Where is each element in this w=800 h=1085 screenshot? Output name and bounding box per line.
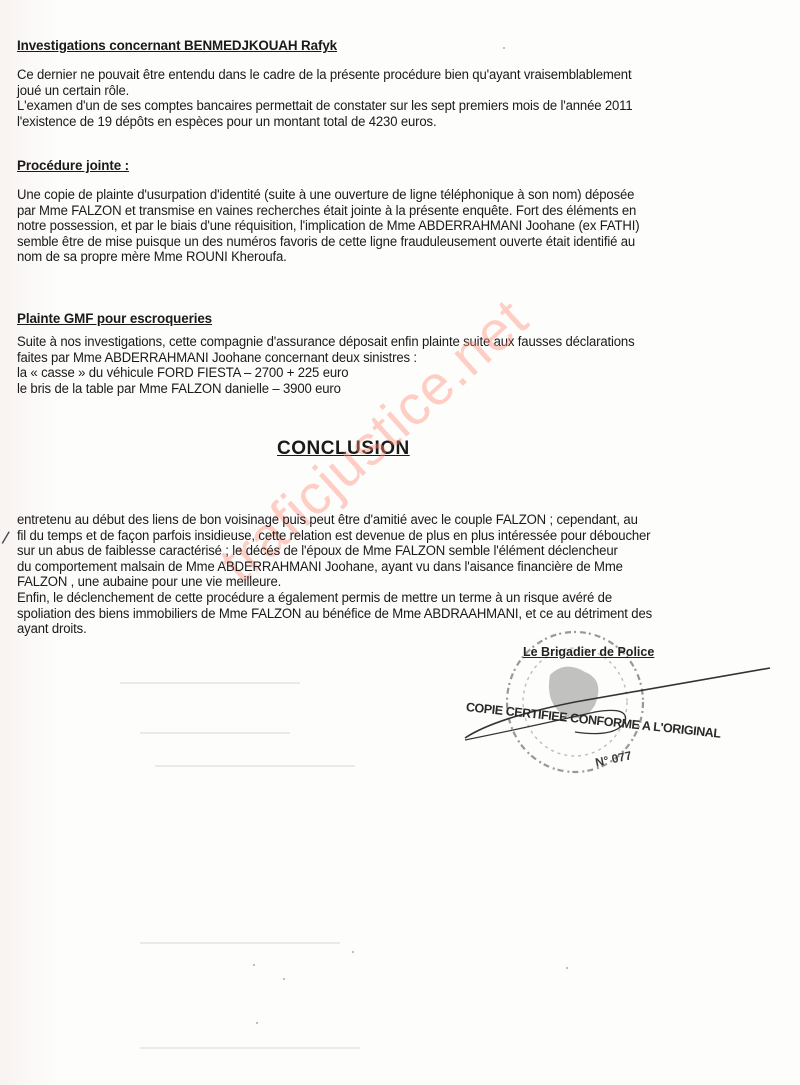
margin-pen-mark: / xyxy=(0,528,10,550)
text-line: fil du temps et de façon parfois insidie… xyxy=(17,528,762,544)
text-line: Enfin, le déclenchement de cette procédu… xyxy=(17,590,762,606)
bleed-through-mark xyxy=(155,765,355,767)
text-line: joué un certain rôle. xyxy=(17,83,762,99)
section-benmedjkouah: Investigations concernant BENMEDJKOUAH R… xyxy=(17,38,777,53)
section-plainte-gmf-body: Suite à nos investigations, cette compag… xyxy=(17,334,777,396)
text-line: Suite à nos investigations, cette compag… xyxy=(17,334,762,350)
text-line: semble être de mise puisque un des numér… xyxy=(17,234,762,250)
text-line: sur un abus de faiblesse caractérisé ; l… xyxy=(17,543,762,559)
section-procedure-jointe-body: Une copie de plainte d'usurpation d'iden… xyxy=(17,187,777,265)
text-line: spoliation des biens immobiliers de Mme … xyxy=(17,606,762,622)
speck xyxy=(256,1022,258,1024)
speck xyxy=(283,978,285,980)
section-heading: Investigations concernant BENMEDJKOUAH R… xyxy=(17,38,777,53)
text-line: Ce dernier ne pouvait être entendu dans … xyxy=(17,67,762,83)
text-line: l'existence de 19 dépôts en espèces pour… xyxy=(17,114,762,130)
section-benmedjkouah-body: Ce dernier ne pouvait être entendu dans … xyxy=(17,67,777,129)
speck xyxy=(352,951,354,953)
section-plainte-gmf: Plainte GMF pour escroqueries xyxy=(17,311,777,326)
text-line: nom de sa propre mère Mme ROUNI Kheroufa… xyxy=(17,249,762,265)
bleed-through-mark xyxy=(140,732,290,734)
speck xyxy=(566,967,568,969)
text-line: notre possession, et par le biais d'une … xyxy=(17,218,762,234)
section-conclusion-body: entretenu au début des liens de bon vois… xyxy=(17,512,777,637)
conclusion-heading: CONCLUSION xyxy=(277,438,410,460)
text-line: FALZON , une aubaine pour une vie meille… xyxy=(17,574,762,590)
text-line: entretenu au début des liens de bon vois… xyxy=(17,512,762,528)
text-line: faites par Mme ABDERRAHMANI Joohane conc… xyxy=(17,350,762,366)
section-heading: Procédure jointe : xyxy=(17,158,777,173)
text-line: du comportement malsain de Mme ABDERRAHM… xyxy=(17,559,762,575)
section-procedure-jointe: Procédure jointe : xyxy=(17,158,777,173)
speck xyxy=(253,964,255,966)
bleed-through-mark xyxy=(140,1047,360,1049)
text-line: la « casse » du véhicule FORD FIESTA – 2… xyxy=(17,365,762,381)
text-line: Une copie de plainte d'usurpation d'iden… xyxy=(17,187,762,203)
section-heading: Plainte GMF pour escroqueries xyxy=(17,311,777,326)
signer-title: Le Brigadier de Police xyxy=(523,645,654,659)
bleed-through-mark xyxy=(120,682,300,684)
text-line: par Mme FALZON et transmise en vaines re… xyxy=(17,203,762,219)
text-line: le bris de la table par Mme FALZON danie… xyxy=(17,381,762,397)
text-line: L'examen d'un de ses comptes bancaires p… xyxy=(17,98,762,114)
speck xyxy=(503,47,505,49)
bleed-through-mark xyxy=(140,942,340,944)
